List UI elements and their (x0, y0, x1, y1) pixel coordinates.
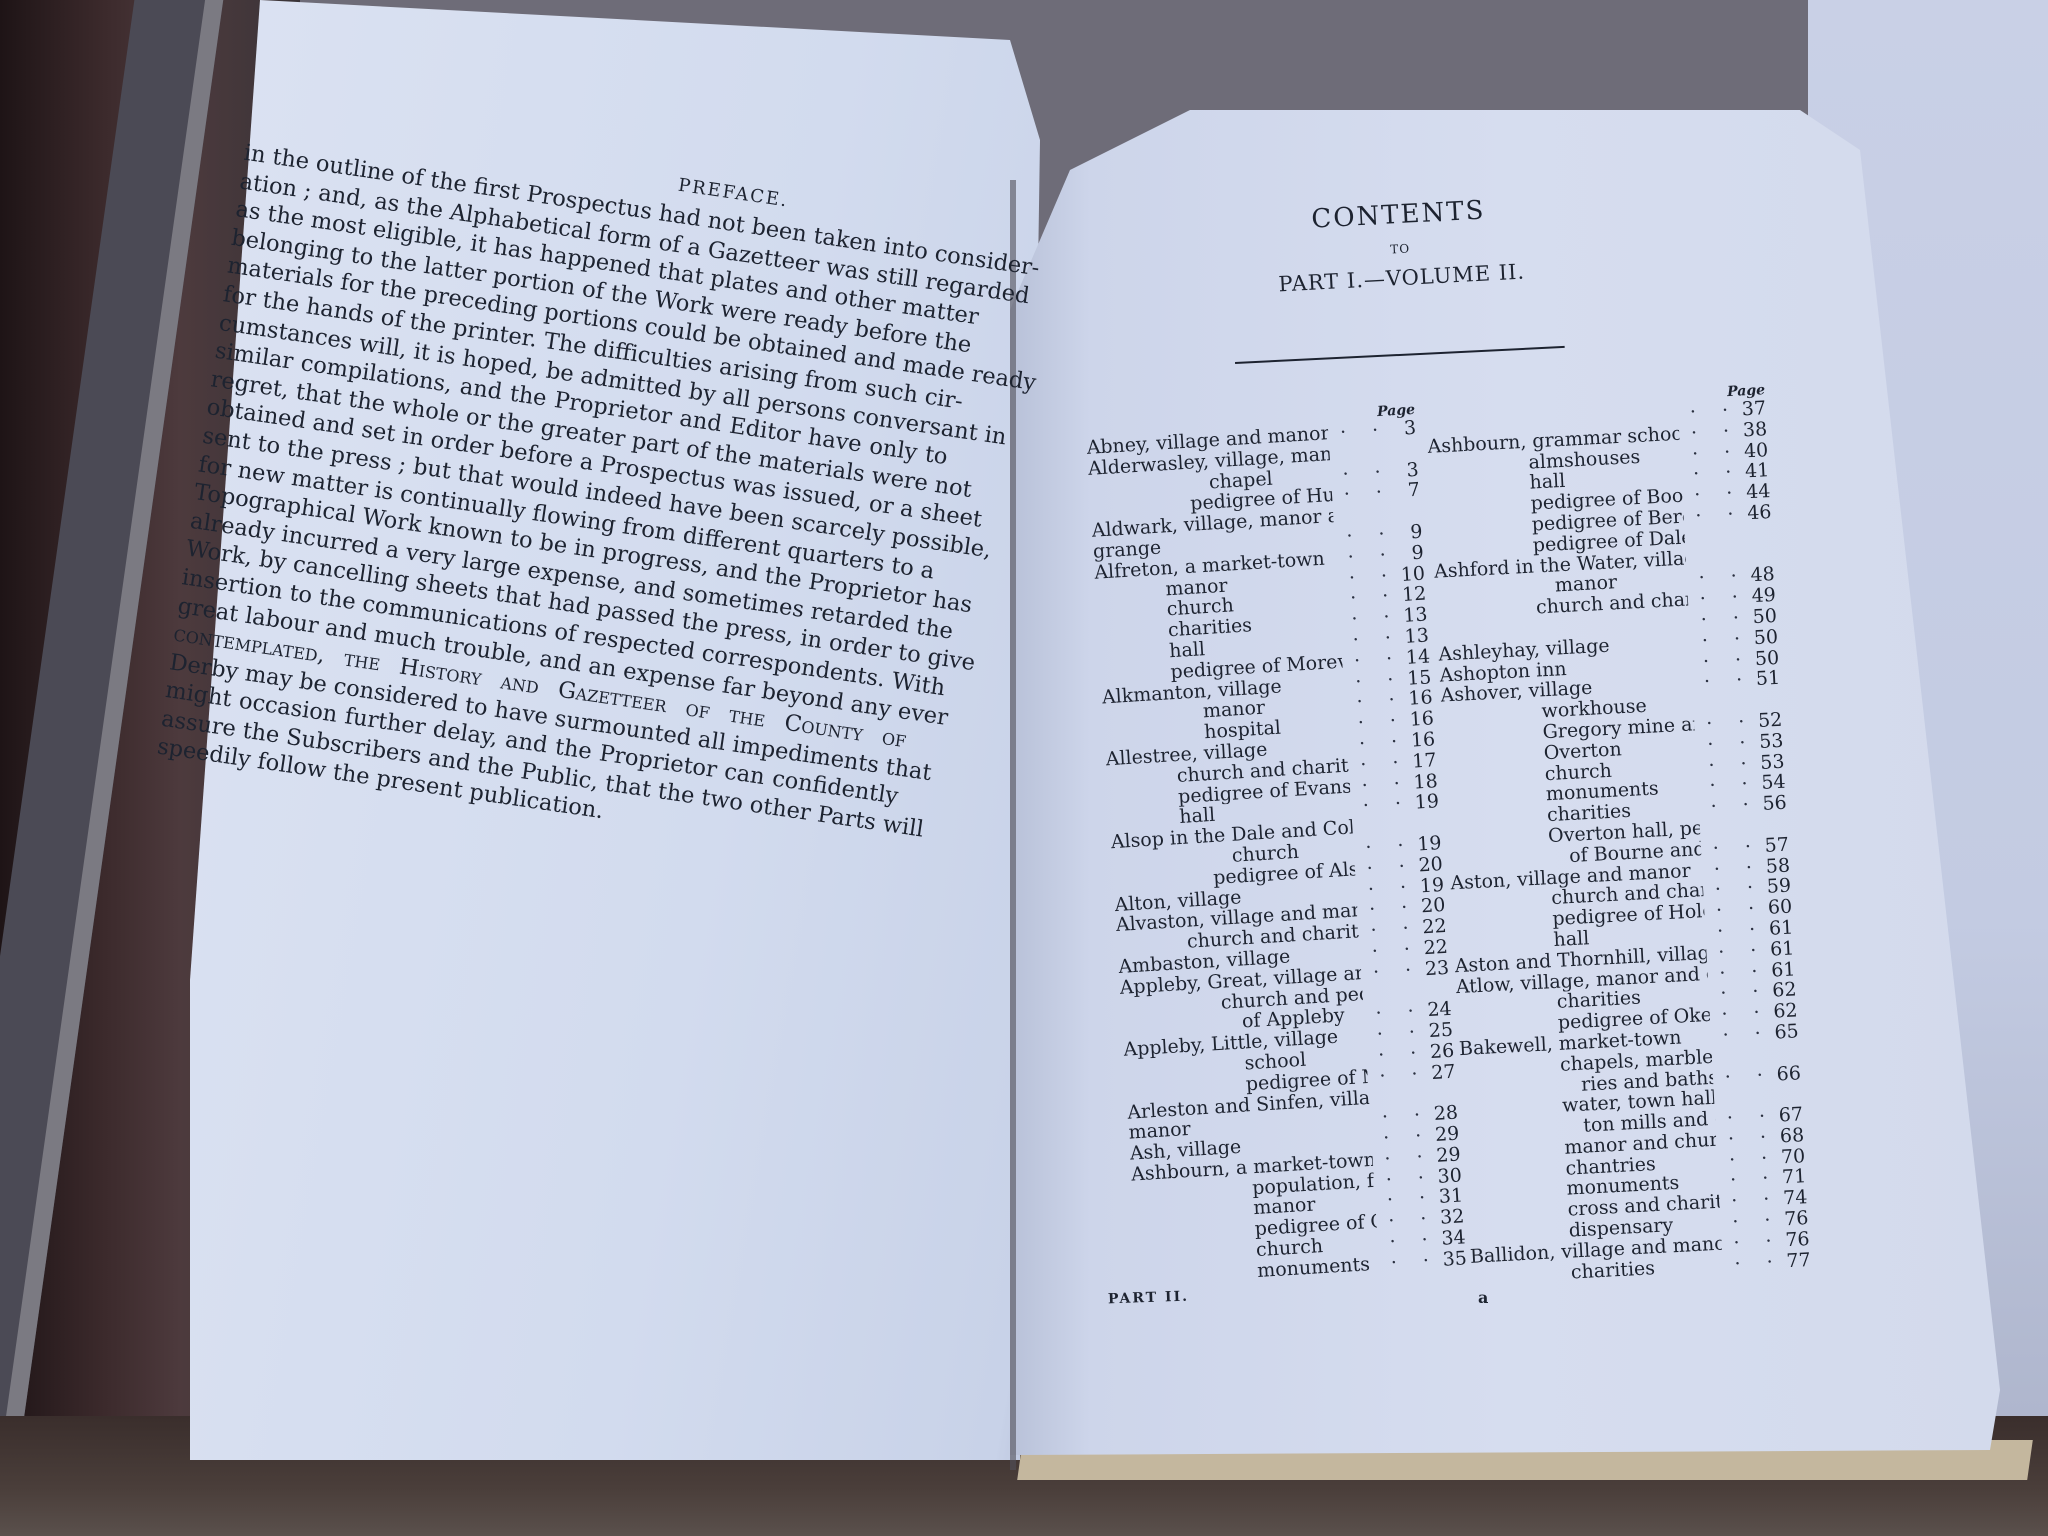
toc-entry-page: 17 (1408, 750, 1437, 772)
toc-entry-page: 40 (1740, 440, 1769, 462)
toc-entry-page: 35 (1438, 1248, 1467, 1270)
toc-entry-page (1429, 1098, 1457, 1100)
toc-entry-page: 22 (1419, 937, 1448, 959)
toc-entry-page: 62 (1768, 980, 1797, 1002)
toc-entry-page: 50 (1749, 627, 1778, 649)
dot-leader: · · (1698, 794, 1759, 818)
toc-entry-page: 58 (1761, 855, 1790, 877)
toc-entry-page (1390, 455, 1418, 457)
toc-entry-page: 71 (1778, 1167, 1807, 1189)
dot-leader (1712, 1059, 1772, 1062)
toc-entry-page: 20 (1414, 854, 1443, 876)
toc-entry-page (1745, 539, 1773, 540)
preface-paragraph: in the outline of the first Prospectus h… (155, 139, 978, 868)
toc-entry-page: 7 (1391, 480, 1420, 502)
contents-column-2: Page · ·37Ashbourn, grammar school· ·38a… (1425, 380, 1811, 1288)
toc-entry-page: 46 (1743, 502, 1772, 524)
toc-entry-page (1772, 1058, 1800, 1059)
toc-entry-page: 74 (1779, 1187, 1808, 1209)
signature-part: PART II. (1108, 1289, 1190, 1308)
dot-leader: · · (1722, 1251, 1783, 1275)
toc-entry-page: 49 (1747, 585, 1776, 607)
toc-entry-page: 53 (1756, 751, 1785, 773)
dot-leader: · · (1712, 1064, 1773, 1088)
toc-entry-page: 66 (1772, 1063, 1801, 1085)
toc-entry-page: 59 (1763, 876, 1792, 898)
photo-scene: PREFACE. in the outline of the first Pro… (0, 0, 2048, 1536)
toc-entry-page: 38 (1739, 419, 1768, 441)
dot-leader (1686, 561, 1746, 564)
toc-entry-page (1423, 994, 1451, 996)
toc-entry-page: 50 (1751, 647, 1780, 669)
dot-leader (1369, 1100, 1429, 1104)
toc-entry-page: 9 (1395, 542, 1424, 564)
toc-entry-page: 62 (1769, 1000, 1798, 1022)
contents-heading: CONTENTS TO PART I.—VOLUME II. (1218, 191, 1582, 300)
toc-entry-page (1413, 828, 1441, 830)
dot-leader: · · (1378, 1250, 1439, 1274)
toc-entry-page (1754, 705, 1782, 706)
dot-leader: · · (1692, 670, 1753, 694)
toc-entry-page (1394, 517, 1422, 519)
contents-column-1: Page Abney, village and manor· ·3Alderwa… (1085, 400, 1468, 1289)
toc-entry-page: 23 (1421, 958, 1450, 980)
preface-text-block: PREFACE. in the outline of the first Pro… (155, 112, 982, 868)
dot-leader: · · (1351, 793, 1412, 817)
dot-leader (1685, 540, 1745, 543)
toc-entry-page: 41 (1741, 460, 1770, 482)
toc-entry-page: 29 (1432, 1144, 1461, 1166)
toc-entry-page: 70 (1777, 1146, 1806, 1168)
toc-entry-page: 37 (1738, 398, 1767, 420)
toc-entry-page: 14 (1402, 646, 1431, 668)
toc-entry-page: 61 (1765, 917, 1794, 939)
toc-entry-page: 77 (1782, 1250, 1811, 1272)
toc-entry-page: 26 (1426, 1041, 1455, 1063)
dot-leader: · · (1361, 959, 1422, 983)
signature-mark: a (1478, 1288, 1488, 1307)
dot-leader (1694, 706, 1754, 709)
toc-entry-page: 54 (1757, 772, 1786, 794)
dot-leader: · · (1710, 1023, 1771, 1047)
toc-entry-page: 61 (1767, 959, 1796, 981)
toc-entry-page: 9 (1394, 522, 1423, 544)
toc-entry-page: 44 (1742, 481, 1771, 503)
toc-entry-page: 34 (1437, 1227, 1466, 1249)
dot-leader (1700, 831, 1760, 834)
toc-entry-page: 50 (1748, 606, 1777, 628)
dot-leader: · · (1328, 420, 1389, 444)
toc-entry-page: 60 (1764, 897, 1793, 919)
toc-entry-page: 52 (1754, 710, 1783, 732)
toc-entry-page: 16 (1407, 729, 1436, 751)
toc-entry-page: 3 (1388, 418, 1417, 440)
dot-leader (1363, 996, 1423, 1000)
toc-entry-page: 53 (1755, 730, 1784, 752)
toc-entry-page: 13 (1400, 625, 1429, 647)
toc-entry-page: 51 (1752, 668, 1781, 690)
toc-entry-page: 19 (1413, 833, 1442, 855)
toc-entry-page: 57 (1760, 834, 1789, 856)
toc-entry-page: 19 (1410, 791, 1439, 813)
dot-leader: · · (1683, 503, 1744, 527)
toc-entry-page: 67 (1775, 1104, 1804, 1126)
dot-leader: · · (1331, 482, 1392, 506)
toc-entry-page (1760, 830, 1788, 831)
toc-entry-page: 48 (1746, 564, 1775, 586)
toc-entry-page: 61 (1766, 938, 1795, 960)
toc-entry-page: 76 (1780, 1208, 1809, 1230)
toc-entry-page: 76 (1781, 1229, 1810, 1251)
dot-leader (1334, 519, 1394, 523)
toc-entry-page: 65 (1770, 1021, 1799, 1043)
dot-leader (1714, 1101, 1774, 1104)
dot-leader: · · (1367, 1063, 1428, 1087)
toc-entry-page (1746, 560, 1774, 561)
toc-entry-page: 27 (1427, 1061, 1456, 1083)
toc-entry-page: 68 (1776, 1125, 1805, 1147)
dot-leader (1330, 456, 1390, 460)
toc-entry-page: 56 (1758, 793, 1787, 815)
dot-leader (1353, 830, 1413, 834)
toc-entry-page (1774, 1100, 1802, 1101)
